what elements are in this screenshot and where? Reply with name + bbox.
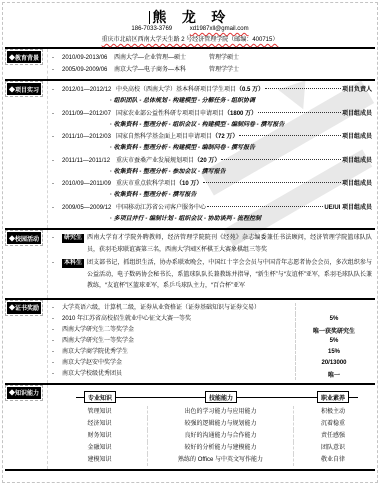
dotted-leader: [265, 84, 341, 89]
projects-gutter: ◆项目实习: [5, 81, 47, 228]
section-title-activities: ◆校园活动: [7, 232, 41, 244]
project-role: 项目组成员: [342, 108, 372, 120]
award-text: 南京大学赵安中奖学金: [52, 358, 295, 369]
awards-gutter: ◆证书奖励: [5, 300, 47, 383]
abilities-header-cell: 技能能力: [148, 391, 294, 403]
skill-cell: 熟练的 Office 与中英文写作能力: [148, 454, 294, 466]
education-school: 西南大学—企业管理—硕士: [114, 52, 209, 64]
abilities-row: 财务知识 良好的沟通能力与合作能力 责任感强: [52, 430, 372, 442]
project-name: 国家农业部公益性科研专项项目申请项目: [116, 108, 224, 120]
page-border: 熊 龙 玲 186-7033-3769 xd1987xll@gmail.com …: [2, 2, 378, 483]
abilities-header-cell: 职业素养: [294, 391, 372, 403]
project-period: 2010/09—2011/09: [62, 178, 116, 190]
project-role: 项目负责人: [342, 84, 372, 96]
dotted-leader: [207, 202, 323, 207]
project-item: 2010/09—2011/09 重庆市重点软科学项目 （10 万） 项目组成员 …: [52, 178, 372, 202]
trait-cell: 责任感强: [294, 430, 372, 442]
activity-tag: 本科生: [62, 259, 84, 268]
section-education: ◆教育背景 2010/09-2013/06 西南大学—企业管理—硕士 管理学硕士…: [5, 47, 375, 79]
project-funding: （20 万）: [194, 155, 220, 167]
project-name: 重庆市重点软科学项目: [116, 178, 176, 190]
award-text: 2010 年江苏省高校招生就业中心征文大赛一等奖: [52, 314, 295, 325]
section-title-education: ◆教育背景: [7, 51, 41, 63]
project-tasks: 多项目并行 - 编制计划 - 组织会议 - 协助谈判 - 流程控制: [110, 214, 372, 226]
dotted-leader: [258, 108, 341, 113]
project-title-row: 2011/10—2012/03 国家自然科学基金面上项目申请项目 （72 万） …: [52, 131, 372, 143]
project-name: 中国移动江苏省公司客户服务中心: [116, 202, 206, 214]
text-cursor-icon: [149, 11, 150, 24]
project-tasks: 收集资料 - 整理分析 - 组织会议 - 构建模型 - 编制问卷 - 撰写报告: [110, 120, 372, 132]
skill-cell: 良好的沟通能力与合作能力: [148, 430, 294, 442]
award-stat: 5%: [295, 336, 372, 347]
project-item: 2009/05—2009/12 中国移动江苏省公司客户服务中心 UE/UI 项目…: [52, 202, 372, 226]
project-name: 中央高校（西南大学）基本科研项目学生项目: [116, 84, 236, 96]
skill-cell: 出色的学习能力与应用能力: [148, 406, 294, 418]
award-stat: 15%: [295, 347, 372, 358]
abilities-row: 管理知识 出色的学习能力与应用能力 积极主动: [52, 406, 372, 418]
abilities-header-row: 专业知识 技能能力 职业素养: [52, 392, 372, 403]
project-period: 2012/01—2012/12: [62, 84, 116, 96]
project-period: 2011/11—2011/12: [62, 155, 116, 167]
section-title-projects: ◆项目实习: [7, 83, 41, 95]
award-stat: 唯一: [295, 369, 372, 380]
section-activities: ◆校园活动 研究生 西南大学育才学院外聘教师，经济管理学院院刊《经苑》杂志编委兼…: [5, 228, 375, 298]
award-item: 南京大学商学院优秀学生 15%: [52, 347, 372, 358]
project-title-row: 2010/09—2011/09 重庆市重点软科学项目 （10 万） 项目组成员: [52, 178, 372, 190]
dotted-leader: [221, 155, 341, 160]
education-item: 2010/09-2013/06 西南大学—企业管理—硕士 管理学硕士: [52, 52, 372, 64]
project-role: 项目组成员: [342, 131, 372, 143]
knowledge-cell: 建模知识: [52, 454, 148, 466]
activities-gutter: ◆校园活动: [5, 230, 47, 298]
project-title-row: 2009/05—2009/12 中国移动江苏省公司客户服务中心 UE/UI 项目…: [52, 202, 372, 214]
dotted-leader: [203, 178, 341, 183]
section-awards: ◆证书奖励 大学英语六级，计算机二级，证券从业资格证（证券基础知识与证券交易） …: [5, 298, 375, 383]
award-item: 南京大学校级优秀团员 唯一: [52, 369, 372, 380]
activity-list: 研究生 西南大学育才学院外聘教师，经济管理学院院刊《经苑》杂志编委兼任书法顾问，…: [47, 230, 375, 298]
award-text: 南京大学校级优秀团员: [52, 369, 295, 380]
award-stat: 20/13000: [295, 358, 372, 369]
postal-address: 重庆市北碚区西南大学天生路 2 号经济管理学院（邮编：400715）: [102, 37, 279, 43]
education-degree: 管理学硕士: [209, 52, 239, 64]
abilities-gutter: ◆知识能力: [5, 385, 47, 469]
education-list: 2010/09-2013/06 西南大学—企业管理—硕士 管理学硕士 2005/…: [47, 49, 375, 79]
activity-item: 研究生 西南大学育才学院外聘教师，经济管理学院院刊《经苑》杂志编委兼任书法顾问，…: [52, 233, 372, 256]
project-role: UE/UI 项目组成员: [324, 202, 372, 214]
phone-number: 186-7033-3769: [131, 26, 172, 32]
knowledge-cell: 金融知识: [52, 442, 148, 454]
contact-row: 186-7033-3769 xd1987xll@gmail.com: [5, 26, 375, 32]
award-stat: [295, 303, 372, 314]
project-item: 2011/09—2012/07 国家农业部公益性科研专项项目申请项目 （1800…: [52, 108, 372, 132]
trait-cell: 敬业自律: [294, 454, 372, 466]
trait-cell: 沉着稳重: [294, 418, 372, 430]
project-period: 2011/09—2012/07: [62, 108, 116, 120]
address-row: 重庆市北碚区西南大学天生路 2 号经济管理学院（邮编：400715）: [5, 34, 375, 43]
project-funding: （0.5 万）: [236, 84, 264, 96]
trait-cell: 积极主动: [294, 406, 372, 418]
name-row: 熊 龙 玲: [5, 7, 375, 25]
education-school: 南京大学—电子商务—本科: [114, 64, 209, 76]
award-text: 西南大学研究生一等奖学金: [52, 336, 295, 347]
dotted-leader: [239, 131, 341, 136]
activity-text: 团支部书记，抓组织生活，协办系联欢晚会，中国红十字会会员与中国青年志愿者协会会员…: [87, 258, 372, 293]
project-item: 2012/01—2012/12 中央高校（西南大学）基本科研项目学生项目 （0.…: [52, 84, 372, 108]
abilities-row: 金融知识 较好的分析能力与建模能力 团队意识: [52, 442, 372, 454]
award-item: 2010 年江苏省高校招生就业中心征文大赛一等奖 5%: [52, 314, 372, 325]
education-item: 2005/09-2009/06 南京大学—电子商务—本科 管理学学士: [52, 64, 372, 76]
abilities-row: 建模知识 熟练的 Office 与中英文写作能力 敬业自律: [52, 454, 372, 466]
candidate-name: 熊 龙 玲: [152, 11, 231, 26]
trait-cell: 团队意识: [294, 442, 372, 454]
education-gutter: ◆教育背景: [5, 49, 47, 79]
skill-cell: 较好的分析能力与建模能力: [148, 442, 294, 454]
knowledge-cell: 管理知识: [52, 406, 148, 418]
activity-tag: 研究生: [62, 234, 84, 243]
award-text: 西南大学研究生二等奖学金: [52, 325, 295, 336]
project-tasks: 收集资料 - 整理分析 - 参加会议 - 撰写报告: [110, 167, 372, 179]
project-title-row: 2011/09—2012/07 国家农业部公益性科研专项项目申请项目 （1800…: [52, 108, 372, 120]
project-role: 项目组成员: [342, 155, 372, 167]
column-header-knowledge: 专业知识: [84, 391, 116, 403]
project-tasks: 收集资料 - 整理分析 - 撰写报告: [110, 190, 372, 202]
project-funding: （10 万）: [176, 178, 202, 190]
project-title-row: 2012/01—2012/12 中央高校（西南大学）基本科研项目学生项目 （0.…: [52, 84, 372, 96]
project-name: 重庆市蚕桑产业发展规划项目: [116, 155, 194, 167]
project-funding: （1800 万）: [224, 108, 257, 120]
project-title-row: 2011/11—2011/12 重庆市蚕桑产业发展规划项目 （20 万） 项目组…: [52, 155, 372, 167]
education-period: 2005/09-2009/06: [62, 64, 114, 76]
award-list: 大学英语六级，计算机二级，证券从业资格证（证券基础知识与证券交易） 2010 年…: [47, 300, 375, 383]
award-item: 南京大学赵安中奖学金 20/13000: [52, 358, 372, 369]
award-stat: 唯一获奖研究生: [295, 325, 372, 336]
knowledge-cell: 经济知识: [52, 418, 148, 430]
abilities-header-cell: 专业知识: [52, 391, 148, 403]
knowledge-cell: 财务知识: [52, 430, 148, 442]
activity-item: 本科生 团支部书记，抓组织生活，协办系联欢晚会，中国红十字会会员与中国青年志愿者…: [52, 258, 372, 293]
abilities-table: 专业知识 技能能力 职业素养 管理知识 出色的学习能力与应用能力: [47, 385, 375, 469]
project-list: 2012/01—2012/12 中央高校（西南大学）基本科研项目学生项目 （0.…: [47, 81, 375, 228]
email-address: xd1987xll@gmail.com: [190, 26, 249, 32]
project-role: 项目组成员: [342, 178, 372, 190]
project-tasks: 收集资料 - 整理分析 - 构建模型 - 编制问卷 - 撰写报告: [110, 143, 372, 155]
education-period: 2010/09-2013/06: [62, 52, 114, 64]
award-text: 大学英语六级，计算机二级，证券从业资格证（证券基础知识与证券交易）: [52, 303, 295, 314]
project-name: 国家自然科学基金面上项目申请项目: [116, 131, 212, 143]
resume-header: 熊 龙 玲 186-7033-3769 xd1987xll@gmail.com …: [5, 3, 375, 47]
project-item: 2011/10—2012/03 国家自然科学基金面上项目申请项目 （72 万） …: [52, 131, 372, 155]
section-title-abilities: ◆知识能力: [7, 387, 41, 399]
activity-text: 西南大学育才学院外聘教师，经济管理学院院刊《经苑》杂志编委兼任书法顾问，经济管理…: [87, 233, 372, 256]
project-period: 2011/10—2012/03: [62, 131, 116, 143]
section-abilities: ◆知识能力 专业知识 技能能力 职业素养: [5, 383, 375, 471]
column-header-skills: 技能能力: [205, 391, 237, 403]
resume-page: 熊 龙 玲 186-7033-3769 xd1987xll@gmail.com …: [0, 0, 380, 485]
award-item: 西南大学研究生二等奖学金 唯一获奖研究生: [52, 325, 372, 336]
skill-cell: 较强的逻辑能力与规划能力: [148, 418, 294, 430]
education-degree: 管理学学士: [209, 64, 239, 76]
project-funding: （72 万）: [212, 131, 238, 143]
section-title-awards: ◆证书奖励: [7, 302, 41, 314]
award-text: 南京大学商学院优秀学生: [52, 347, 295, 358]
award-stat: 5%: [295, 314, 372, 325]
award-item: 西南大学研究生一等奖学金 5%: [52, 336, 372, 347]
abilities-rows: 管理知识 出色的学习能力与应用能力 积极主动 经济知识 较强的逻辑能力与规划能力…: [52, 406, 372, 466]
abilities-row: 经济知识 较强的逻辑能力与规划能力 沉着稳重: [52, 418, 372, 430]
project-item: 2011/11—2011/12 重庆市蚕桑产业发展规划项目 （20 万） 项目组…: [52, 155, 372, 179]
project-tasks: 组织团队 - 总体规划 - 构建模型 - 分解任务 - 组织协调: [110, 96, 372, 108]
section-projects: ◆项目实习 2012/01—2012/12 中央高校（西南大学）基本科研项目学生…: [5, 79, 375, 228]
award-item: 大学英语六级，计算机二级，证券从业资格证（证券基础知识与证券交易）: [52, 303, 372, 314]
column-header-traits: 职业素养: [317, 391, 349, 403]
project-period: 2009/05—2009/12: [62, 202, 116, 214]
